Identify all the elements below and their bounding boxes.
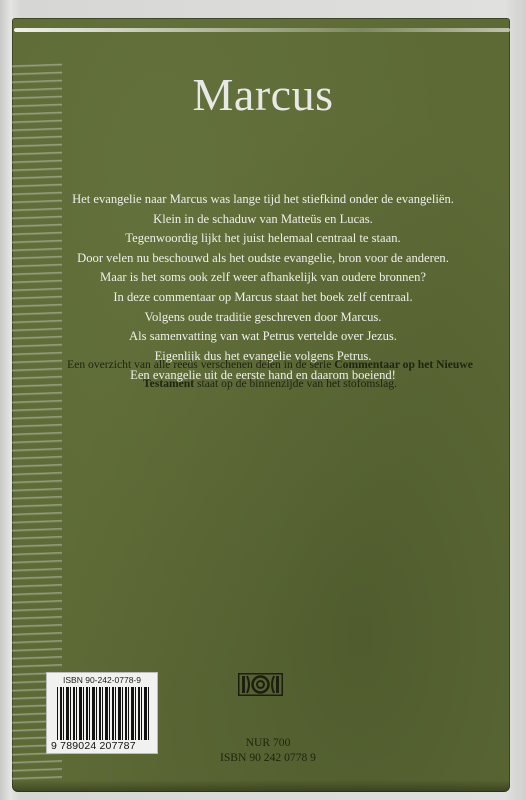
barcode-icon <box>57 687 149 740</box>
series-name-cont: Testament <box>143 377 194 390</box>
blurb-line: Volgens oude traditie geschreven door Ma… <box>0 308 526 328</box>
series-name: Commentaar op het Nieuwe <box>334 358 473 371</box>
series-note-suffix: staat op de binnenzijde van het stofomsl… <box>194 377 397 390</box>
blurb-line: Klein in de schaduw van Matteüs en Lucas… <box>0 210 526 230</box>
nur-code: NUR 700 <box>0 735 526 750</box>
blurb-line: Tegenwoordig lijkt het juist helemaal ce… <box>0 229 526 249</box>
blurb-line: Maar is het soms ook zelf weer afhankeli… <box>0 268 526 288</box>
blurb-line: Als samenvatting van wat Petrus vertelde… <box>0 327 526 347</box>
isbn-text: ISBN 90 242 0778 9 <box>0 750 526 765</box>
series-note: Een overzicht van alle reeds verschenen … <box>40 355 500 393</box>
book-title: Marcus <box>0 68 526 121</box>
publisher-logo-icon <box>238 673 283 696</box>
series-note-prefix: Een overzicht van alle reeds verschenen … <box>67 358 334 371</box>
blurb-line: Het evangelie naar Marcus was lange tijd… <box>0 190 526 210</box>
blurb-line: In deze commentaar op Marcus staat het b… <box>0 288 526 308</box>
blurb-line: Door velen nu beschouwd als het oudste e… <box>0 249 526 269</box>
plastic-glare <box>14 28 510 32</box>
cover-bottom-edge <box>12 780 510 792</box>
barcode-isbn: ISBN 90-242-0778-9 <box>47 675 157 685</box>
nur-isbn-block: NUR 700 ISBN 90 242 0778 9 <box>0 735 526 765</box>
